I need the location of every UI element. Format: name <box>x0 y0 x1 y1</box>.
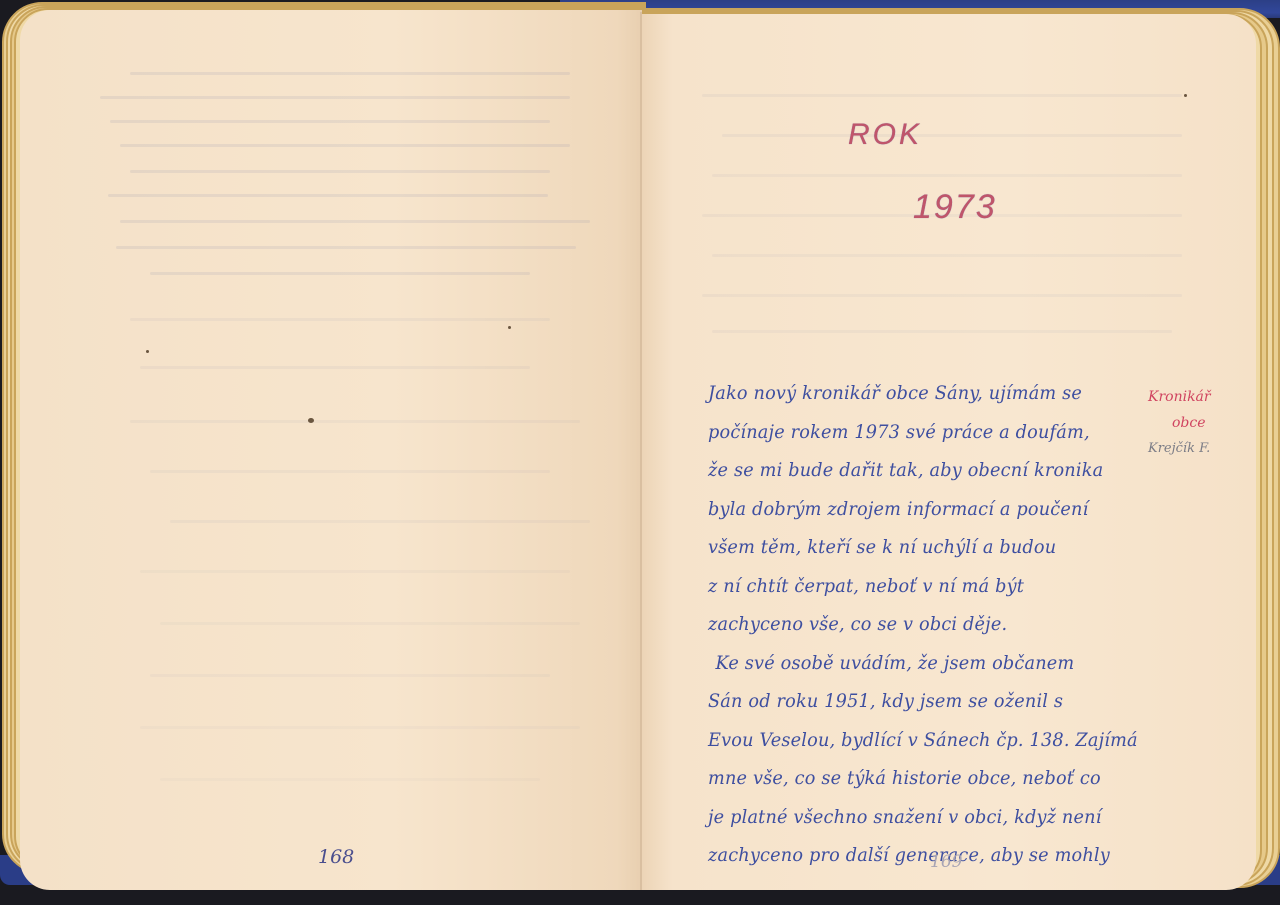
bleed-through-line <box>120 144 570 147</box>
page-number-left: 168 <box>318 846 354 868</box>
text-line: mne vše, co se týká historie obce, neboť… <box>708 759 1145 798</box>
chronicle-body-text: Jako nový kronikář obce Sány, ujímám se … <box>708 374 1178 875</box>
left-page <box>20 10 642 890</box>
text-line: je platné všechno snažení v obci, když n… <box>708 798 1145 837</box>
text-line: Jako nový kronikář obce Sány, ujímám se <box>708 374 1145 413</box>
bleed-through-line <box>140 366 530 369</box>
book-spine <box>640 12 642 890</box>
text-line: byla dobrým zdrojem informací a poučení <box>708 490 1145 529</box>
paper-speck <box>1184 94 1187 97</box>
margin-note-author: Krejčík F. <box>1148 436 1258 462</box>
bleed-through-line <box>140 570 570 573</box>
bleed-through-line <box>712 330 1172 333</box>
paper-speck <box>308 418 314 423</box>
book-spread: 168 ROK 1973 Jako nový kronikář obce Sán… <box>0 0 1280 905</box>
bleed-through-line <box>130 318 550 321</box>
bleed-through-line <box>160 778 540 781</box>
bleed-through-line <box>170 520 590 523</box>
bleed-through-line <box>120 220 590 223</box>
bleed-through-line <box>150 674 550 677</box>
page-number-right: 169 <box>930 852 962 872</box>
bleed-through-line <box>130 72 570 75</box>
paper-speck <box>508 326 511 329</box>
bleed-through-line <box>140 726 580 729</box>
text-line: Sán od roku 1951, kdy jsem se oženil s <box>708 682 1145 721</box>
bleed-through-line <box>110 120 550 123</box>
bleed-through-line <box>100 96 570 99</box>
text-line: zachyceno vše, co se v obci děje. <box>708 605 1145 644</box>
text-line: všem těm, kteří se k ní uchýlí a budou <box>708 528 1145 567</box>
bleed-through-line <box>722 134 1182 137</box>
bleed-through-line <box>130 420 580 423</box>
bleed-through-line <box>712 174 1182 177</box>
year-heading-label: ROK <box>848 118 922 152</box>
bleed-through-line <box>702 294 1182 297</box>
bleed-through-line <box>160 622 580 625</box>
bleed-through-line <box>712 254 1182 257</box>
text-line: z ní chtít čerpat, neboť v ní má být <box>708 567 1145 606</box>
text-line: zachyceno pro další generace, aby se moh… <box>708 836 1145 875</box>
bleed-through-line <box>116 246 576 249</box>
bleed-through-line <box>130 170 550 173</box>
paper-speck <box>146 350 149 353</box>
margin-note-municipality: obce <box>1148 410 1258 436</box>
margin-note-title: Kronikář <box>1148 384 1258 410</box>
bleed-through-line <box>150 470 550 473</box>
year-heading-number: 1973 <box>913 188 997 227</box>
margin-note-chronicler: Kronikář obce Krejčík F. <box>1148 384 1258 462</box>
bleed-through-line <box>108 194 548 197</box>
text-line: že se mi bude dařit tak, aby obecní kron… <box>708 451 1145 490</box>
text-line: Evou Veselou, bydlící v Sánech čp. 138. … <box>708 721 1145 760</box>
bleed-through-line <box>702 94 1182 97</box>
text-line: počínaje rokem 1973 své práce a doufám, <box>708 413 1145 452</box>
bleed-through-line <box>150 272 530 275</box>
text-line: Ke své osobě uvádím, že jsem občanem <box>708 644 1145 683</box>
